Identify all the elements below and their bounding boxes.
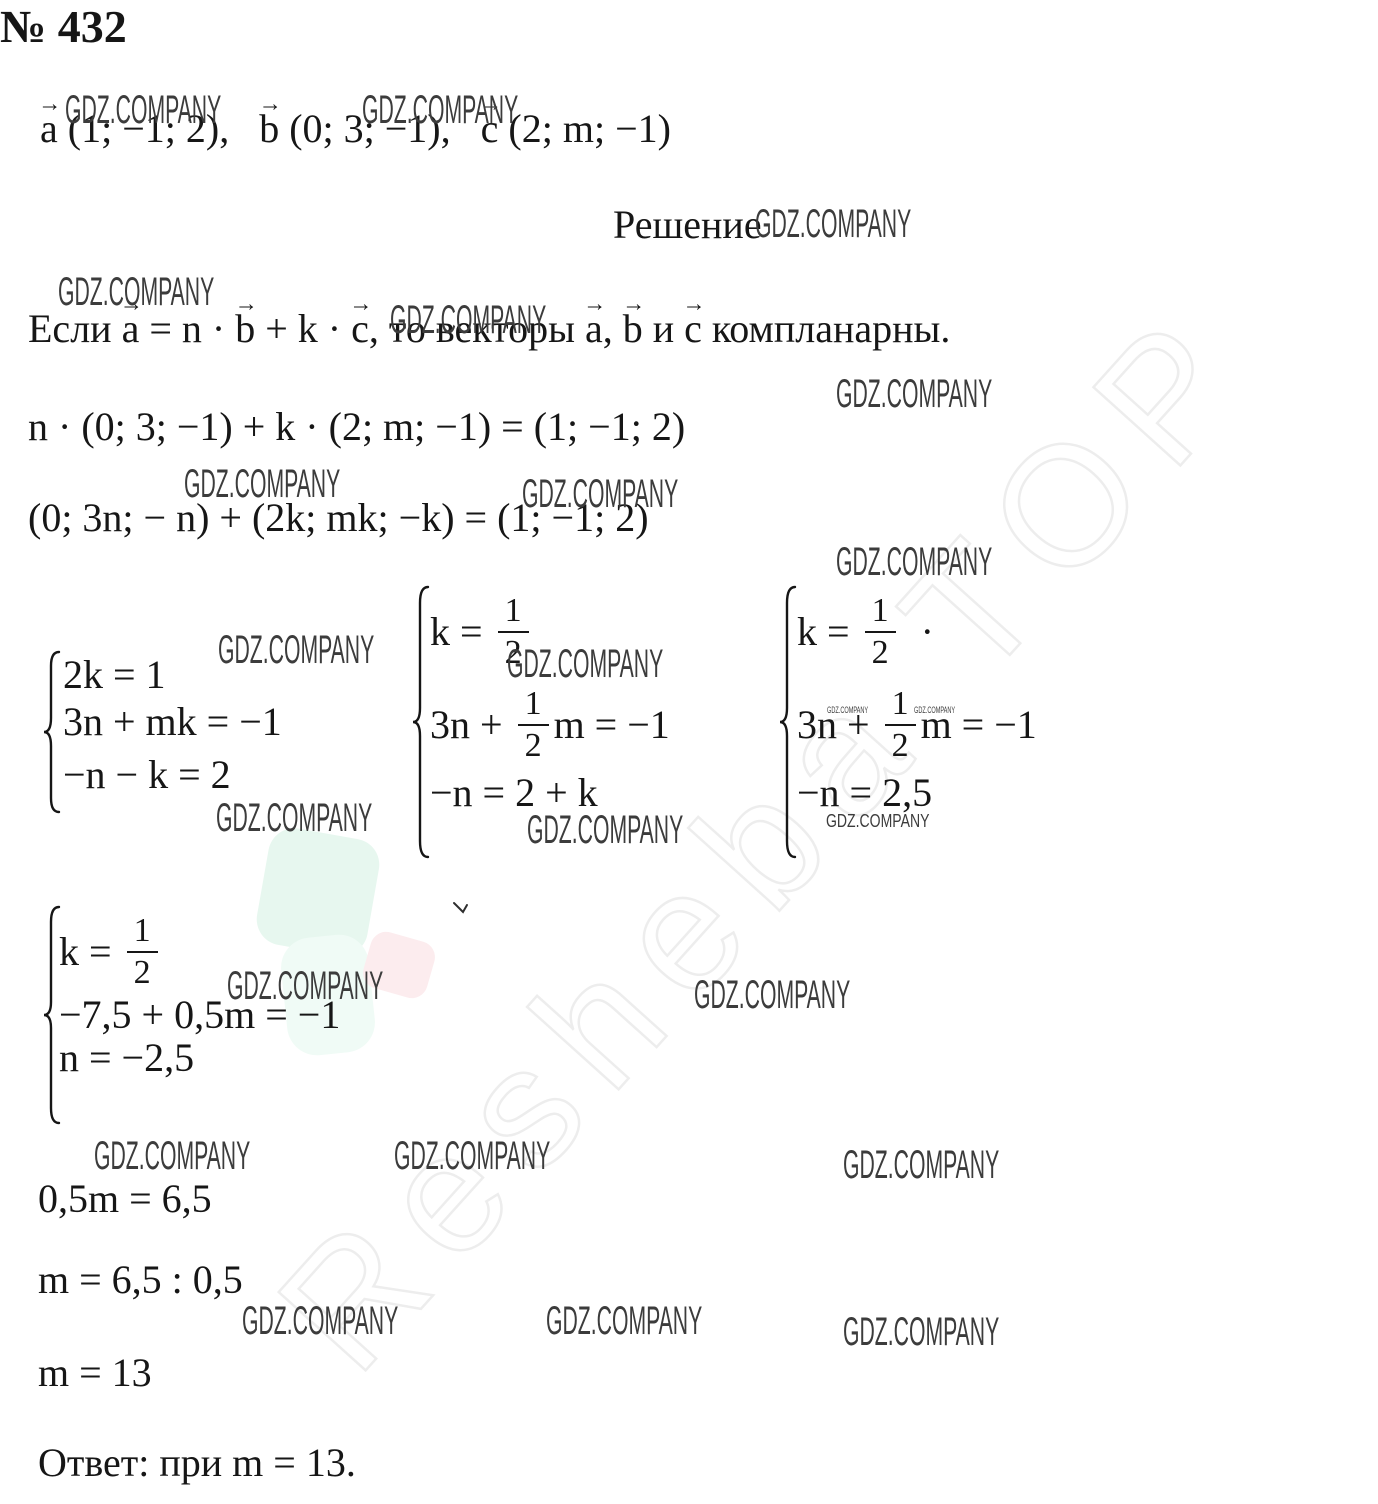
numerator: 1 [518, 686, 549, 726]
equation-system-1: 2k = 1 3n + mk = −1 −n − k = 2 [43, 650, 423, 825]
vector-a: →a [40, 106, 58, 152]
vector-arrow-icon: → [349, 293, 372, 316]
math-text: k = [59, 930, 122, 974]
given-vectors-line: →a (1; −1; 2), →b (0; 3; −1), →c (2; m; … [40, 106, 671, 152]
math-text: m = −1 [921, 703, 1037, 747]
stray-mark-icon [452, 900, 472, 916]
math-text: m = −1 [554, 703, 670, 747]
math-text: k = [430, 610, 493, 654]
fraction: 12 [498, 593, 529, 670]
fraction: 12 [865, 593, 896, 670]
math-text: 3n + [797, 703, 880, 747]
equation-2: (0; 3n; − n) + (2k; mk; −k) = (1; −1; 2) [28, 495, 649, 541]
watermark-text: GDZ.COMPANY [843, 1145, 999, 1185]
vector-arrow-icon: → [120, 293, 143, 316]
denominator: 2 [892, 726, 909, 764]
solution-heading: Решение [613, 202, 762, 248]
answer-line: Ответ: при m = 13. [38, 1440, 356, 1486]
system3-line2: 3n + 12m = −1 [797, 686, 1037, 763]
watermark-text: GDZ.COMPANY [694, 975, 850, 1015]
vector-c: →c [351, 306, 369, 352]
vector-arrow-icon: → [583, 293, 606, 316]
step-line-3: m = 13 [38, 1350, 152, 1396]
math-text: = n · [139, 306, 235, 351]
denominator: 2 [134, 953, 151, 991]
vector-arrow-icon: → [479, 93, 502, 116]
problem-number: № 432 [0, 0, 1378, 53]
system1-line2: 3n + mk = −1 [63, 700, 282, 744]
numerator: 1 [865, 593, 896, 633]
math-text: 3n + mk = −1 [63, 700, 282, 744]
fraction: 12 [885, 686, 916, 763]
equation-system-3: k = 12 · 3n + 12m = −1 −n = 2,5 [779, 585, 1099, 863]
math-text: (0; 3n; − n) + (2k; mk; −k) = (1; −1; 2) [28, 495, 649, 540]
numerator: 1 [885, 686, 916, 726]
system3-line3: −n = 2,5 [797, 771, 932, 815]
vector-b: →b [235, 306, 255, 352]
vector-arrow-icon: → [259, 93, 282, 116]
math-text: · [901, 610, 934, 654]
math-text: (2; m; −1) [498, 106, 671, 151]
step-line-1: 0,5m = 6,5 [38, 1176, 212, 1222]
denominator: 2 [525, 726, 542, 764]
math-text: 2k = 1 [63, 653, 166, 697]
vector-arrow-icon: → [235, 293, 258, 316]
vector-b: →b [623, 306, 643, 352]
math-text: + k · [255, 306, 351, 351]
watermark-text: GDZ.COMPANY [755, 204, 911, 244]
vector-arrow-icon: → [38, 93, 61, 116]
math-text: −7,5 + 0,5m = −1 [59, 993, 340, 1037]
fraction: 12 [127, 913, 158, 990]
watermark-text: GDZ.COMPANY [242, 1301, 398, 1341]
math-text: (0; 3; −1), [279, 106, 480, 151]
equation-system-4: k = 12 −7,5 + 0,5m = −1 n = −2,5 [43, 905, 383, 1131]
numerator: 1 [127, 913, 158, 953]
watermark-text: GDZ.COMPANY [836, 542, 992, 582]
document-page: Resheba TOP № 432 →a (1; −1; 2), →b (0; … [0, 0, 1378, 1504]
numerator: 1 [498, 593, 529, 633]
math-text: −n = 2,5 [797, 771, 932, 815]
system2-line2: 3n + 12m = −1 [430, 686, 670, 763]
watermark-text: GDZ.COMPANY [836, 374, 992, 414]
left-brace-icon [412, 585, 432, 859]
vector-b: →b [259, 106, 279, 152]
system4-line2: −7,5 + 0,5m = −1 [59, 993, 340, 1037]
math-text: Если [28, 306, 122, 351]
system2-line1: k = 12 [430, 593, 534, 670]
fraction: 12 [518, 686, 549, 763]
math-text: −n = 2 + k [430, 771, 598, 815]
system3-line1: k = 12 · [797, 593, 934, 670]
left-brace-icon [43, 650, 63, 816]
math-text: n · (0; 3; −1) + k · (2; m; −1) = (1; −1… [28, 404, 685, 449]
watermark-text: GDZ.COMPANY [546, 1301, 702, 1341]
math-text: −n − k = 2 [63, 753, 231, 797]
vector-c: →c [684, 306, 702, 352]
system1-line3: −n − k = 2 [63, 753, 231, 797]
math-text: и [643, 306, 684, 351]
watermark-text: GDZ.COMPANY [843, 1312, 999, 1352]
math-text: компланарны. [702, 306, 951, 351]
denominator: 2 [872, 633, 889, 671]
watermark-text: GDZ.COMPANY [94, 1136, 250, 1176]
coplanarity-condition-line: Если →a = n · →b + k · →c, то векторы →a… [28, 306, 950, 352]
math-text: k = [797, 610, 860, 654]
equation-1: n · (0; 3; −1) + k · (2; m; −1) = (1; −1… [28, 404, 685, 450]
vector-arrow-icon: → [682, 293, 705, 316]
vector-c: →c [481, 106, 499, 152]
math-text: (1; −1; 2), [58, 106, 259, 151]
system4-line3: n = −2,5 [59, 1036, 194, 1080]
system1-line1: 2k = 1 [63, 653, 166, 697]
math-text: n = −2,5 [59, 1036, 194, 1080]
vector-a: →a [122, 306, 140, 352]
denominator: 2 [505, 633, 522, 671]
math-text: 3n + [430, 703, 513, 747]
math-text: , то векторы [369, 306, 585, 351]
step-line-2: m = 6,5 : 0,5 [38, 1257, 243, 1303]
equation-system-2: k = 12 3n + 12m = −1 −n = 2 + k [412, 585, 732, 863]
watermark-text: GDZ.COMPANY [394, 1136, 550, 1176]
vector-a: →a [585, 306, 603, 352]
vector-arrow-icon: → [622, 293, 645, 316]
system2-line3: −n = 2 + k [430, 771, 598, 815]
system4-line1: k = 12 [59, 913, 163, 990]
left-brace-icon [779, 585, 799, 859]
